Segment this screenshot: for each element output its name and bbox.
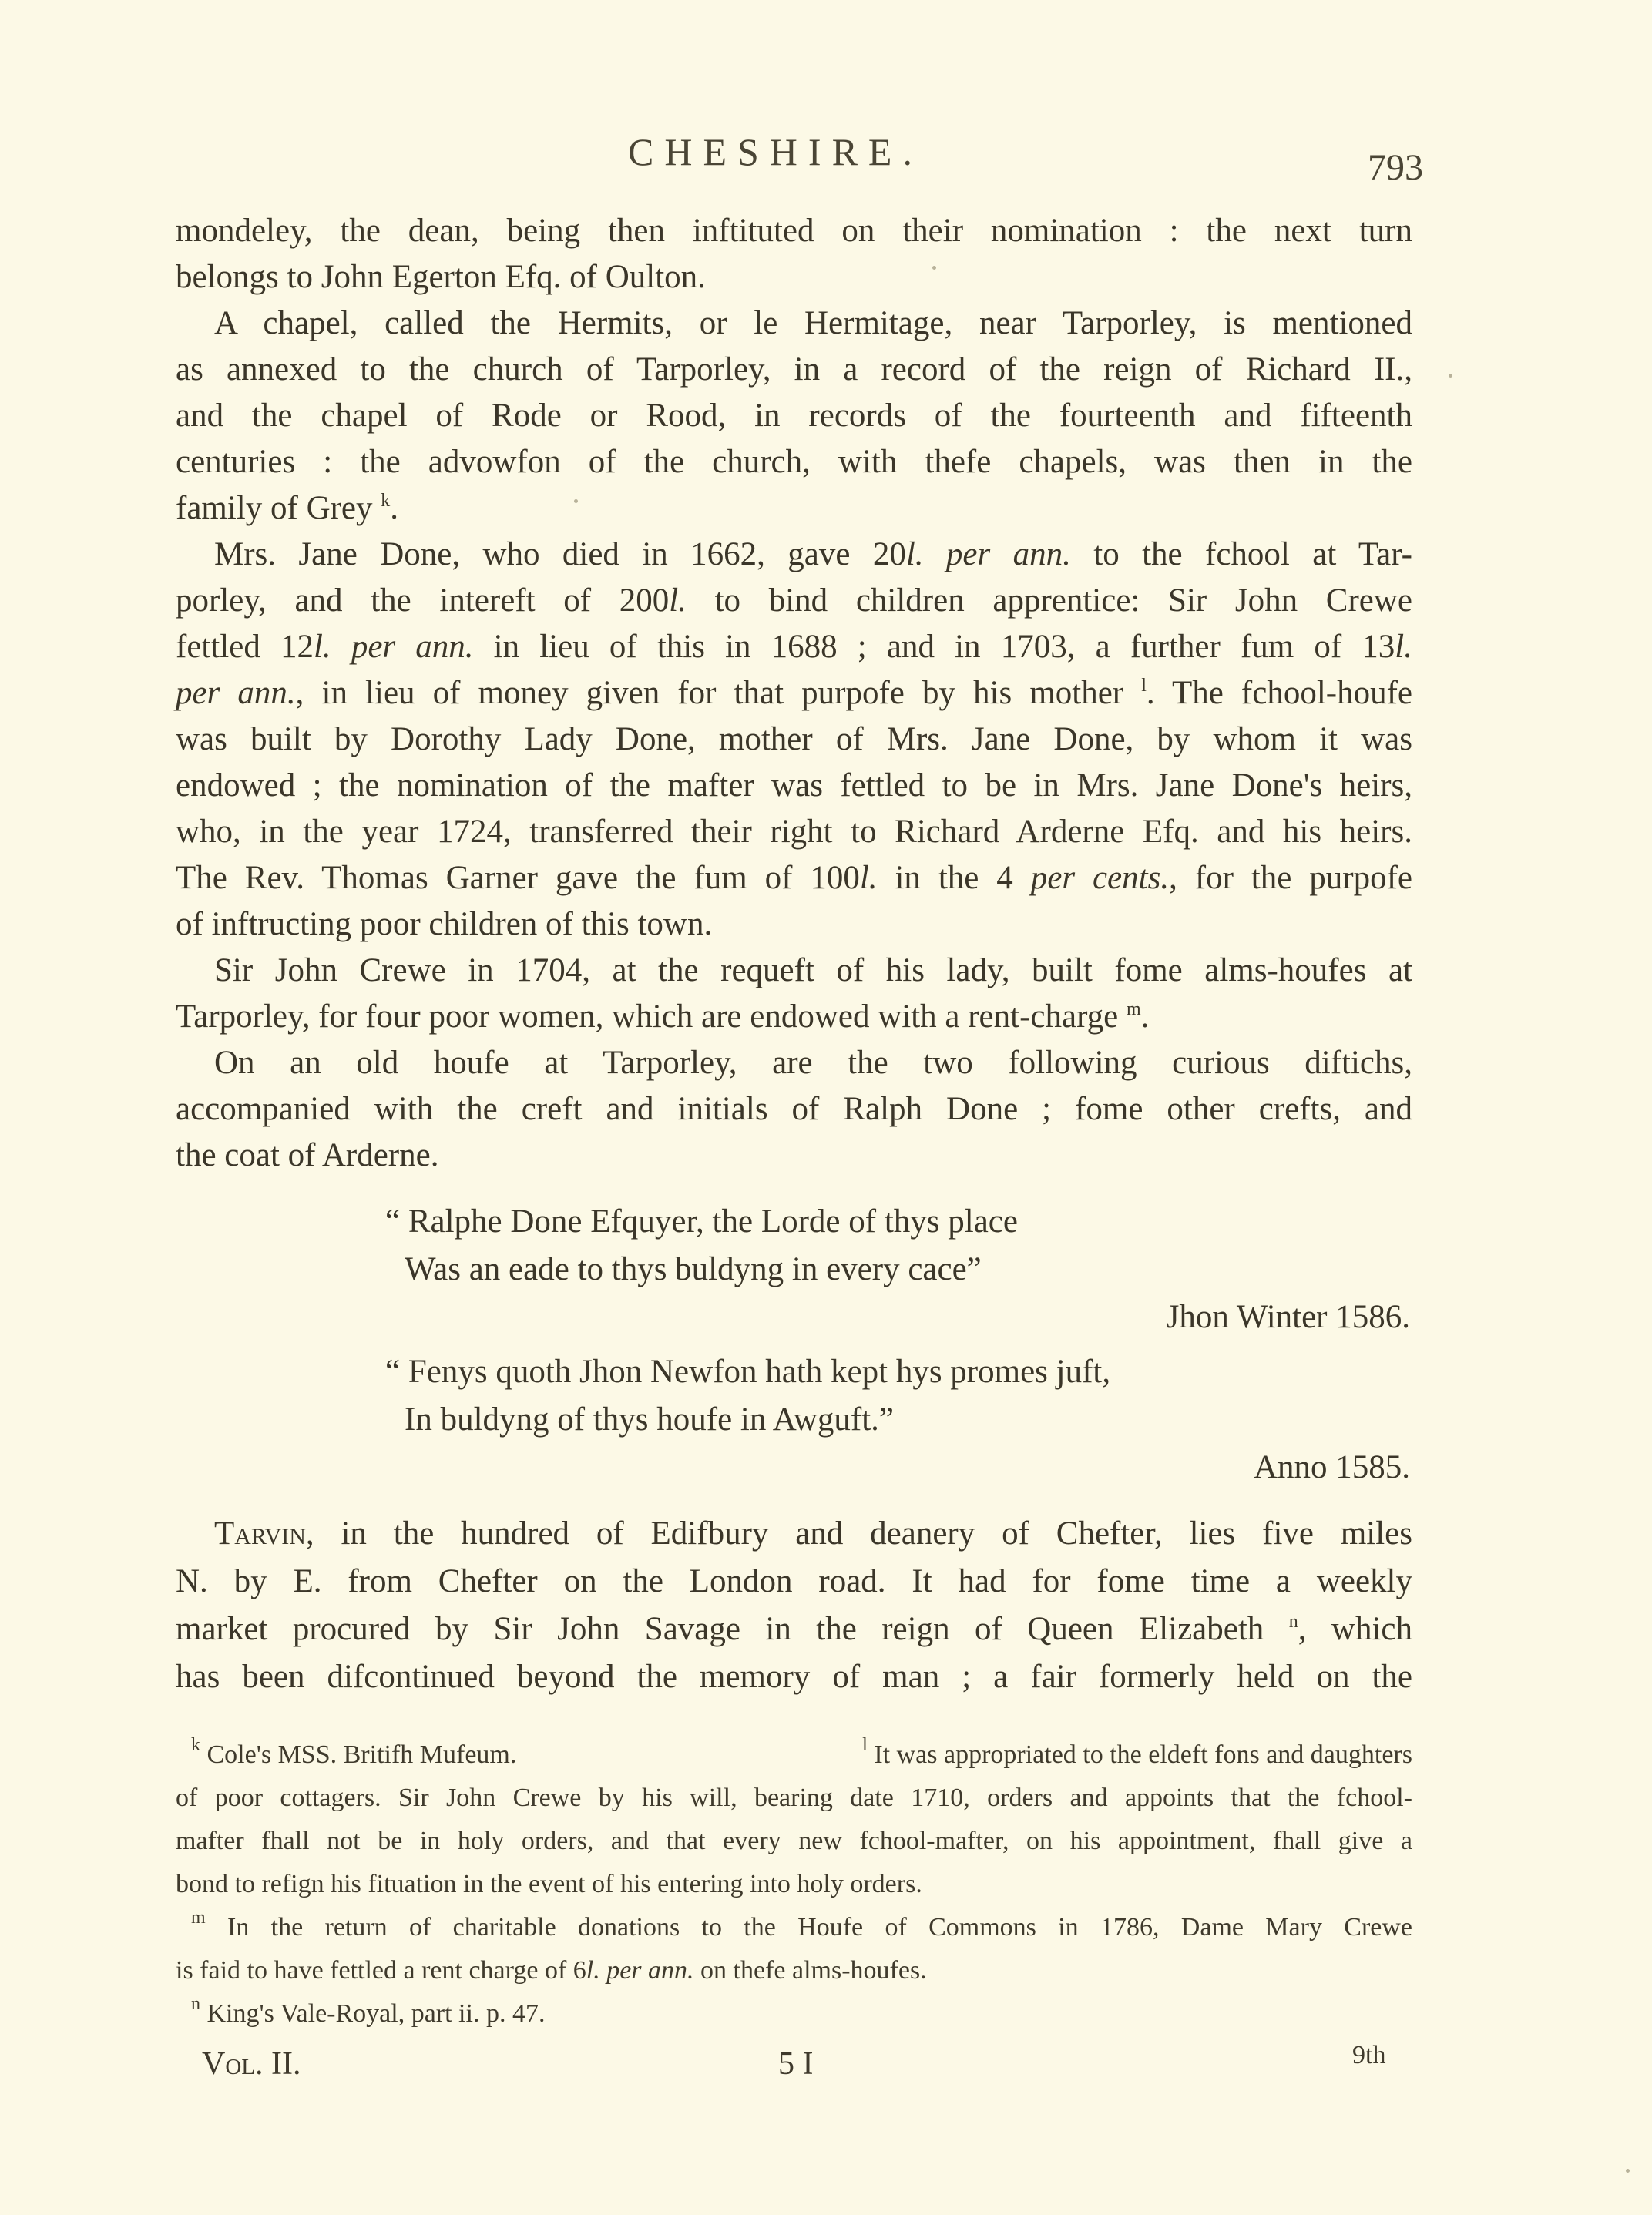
volume-label: Vol. II. (202, 2046, 301, 2082)
text-line: The Rev. Thomas Garner gave the fum of 1… (176, 855, 1412, 901)
text-line: fettled 12l. per ann. in lieu of this in… (176, 624, 1412, 670)
text-line: On an old houfe at Tarporley, are the tw… (176, 1040, 1412, 1086)
text-line: of inftructing poor children of this tow… (176, 901, 1412, 948)
text-line: market procured by Sir John Savage in th… (176, 1606, 1412, 1653)
footnote-ref-n[interactable]: n (1289, 1612, 1298, 1632)
text-line: centuries : the advowfon of the church, … (176, 439, 1412, 485)
verse-attribution: Jhon Winter 1586. (385, 1294, 1410, 1341)
footnote-line: is faid to have fettled a rent charge of… (176, 1949, 1412, 1992)
paper-speck (932, 266, 936, 270)
text-line: Mrs. Jane Done, who died in 1662, gave 2… (176, 532, 1412, 578)
verse-line: “ Fenys quoth Jhon Newfon hath kept hys … (385, 1348, 1410, 1396)
footnote-ref-l[interactable]: l (1141, 676, 1147, 696)
text-line: and the chapel of Rode or Rood, in recor… (176, 393, 1412, 439)
paragraph-alms-houses: Sir John Crewe in 1704, at the requeft o… (176, 948, 1412, 1040)
footnote-line: bond to refign his fituation in the even… (176, 1863, 1412, 1906)
running-title: CHESHIRE. (628, 129, 923, 174)
running-head: CHESHIRE. 793 (0, 129, 1652, 183)
footnotes: k Cole's MSS. Britifh Mufeum.l It was ap… (176, 1733, 1412, 2035)
page-number: 793 (1368, 146, 1423, 189)
page-footer: Vol. II. 5 I 9th (0, 2046, 1652, 2092)
text-line: Sir John Crewe in 1704, at the requeft o… (176, 948, 1412, 994)
text-line: has been difcontinued beyond the memory … (176, 1653, 1412, 1701)
place-heading-tarvin: Tarvin (214, 1515, 306, 1552)
text-line: Tarporley, for four poor women, which ar… (176, 994, 1412, 1040)
footnote-l: l It was appropriated to the eldeft fons… (730, 1733, 1412, 1777)
footnote-row: k Cole's MSS. Britifh Mufeum.l It was ap… (176, 1733, 1412, 1777)
paragraph-distichs: On an old houfe at Tarporley, are the tw… (176, 1040, 1412, 1179)
text-line: accompanied with the creft and initials … (176, 1086, 1412, 1133)
text-line: family of Grey k. (176, 485, 1412, 532)
paragraph-jane-done: Mrs. Jane Done, who died in 1662, gave 2… (176, 532, 1412, 948)
text-line: Tarvin, in the hundred of Edifbury and d… (176, 1510, 1412, 1558)
footnote-line: of poor cottagers. Sir John Crewe by his… (176, 1777, 1412, 1820)
verse-distich-2: “ Fenys quoth Jhon Newfon hath kept hys … (385, 1348, 1410, 1492)
text-line: per ann., in lieu of money given for tha… (176, 670, 1412, 717)
paper-speck (574, 499, 578, 503)
text-line: N. by E. from Chefter on the London road… (176, 1558, 1412, 1606)
footnote-n: n King's Vale-Royal, part ii. p. 47. (176, 1992, 1412, 2035)
paper-speck (1626, 2169, 1630, 2173)
text-line: the coat of Arderne. (176, 1133, 1412, 1179)
body-text: mondeley, the dean, being then inftitute… (176, 208, 1412, 1179)
paragraph-tarvin: Tarvin, in the hundred of Edifbury and d… (176, 1510, 1412, 1701)
catchword: 9th (1352, 2041, 1385, 2070)
text-line: was built by Dorothy Lady Done, mother o… (176, 717, 1412, 763)
paragraph-oulton: mondeley, the dean, being then inftitute… (176, 208, 1412, 300)
text-line: who, in the year 1724, transferred their… (176, 809, 1412, 855)
text-line: porley, and the intereft of 200l. to bin… (176, 578, 1412, 624)
text-line: belongs to John Egerton Efq. of Oulton. (176, 254, 1412, 300)
verse-line: Was an eade to thys buldyng in every cac… (385, 1246, 1410, 1294)
paper-speck (1449, 374, 1452, 378)
signature-mark: 5 I (778, 2046, 814, 2082)
footnote-ref-k[interactable]: k (381, 491, 390, 511)
text-line: mondeley, the dean, being then inftitute… (176, 208, 1412, 254)
footnote-k: k Cole's MSS. Britifh Mufeum. (176, 1733, 730, 1777)
verse-line: “ Ralphe Done Efquyer, the Lorde of thys… (385, 1198, 1410, 1246)
footnote-ref-m[interactable]: m (1127, 999, 1141, 1019)
book-page: CHESHIRE. 793 mondeley, the dean, being … (0, 0, 1652, 2215)
verse-line: In buldyng of thys houfe in Awguft.” (385, 1396, 1410, 1444)
verse-attribution: Anno 1585. (385, 1444, 1410, 1492)
paragraph-hermitage: A chapel, called the Hermits, or le Herm… (176, 300, 1412, 532)
verse-distich-1: “ Ralphe Done Efquyer, the Lorde of thys… (385, 1198, 1410, 1341)
text-line: as annexed to the church of Tarporley, i… (176, 347, 1412, 393)
footnote-m: m In the return of charitable donations … (176, 1906, 1412, 1949)
text-line: A chapel, called the Hermits, or le Herm… (176, 300, 1412, 347)
footnote-line: mafter fhall not be in holy orders, and … (176, 1820, 1412, 1863)
text-line: endowed ; the nomination of the mafter w… (176, 763, 1412, 809)
